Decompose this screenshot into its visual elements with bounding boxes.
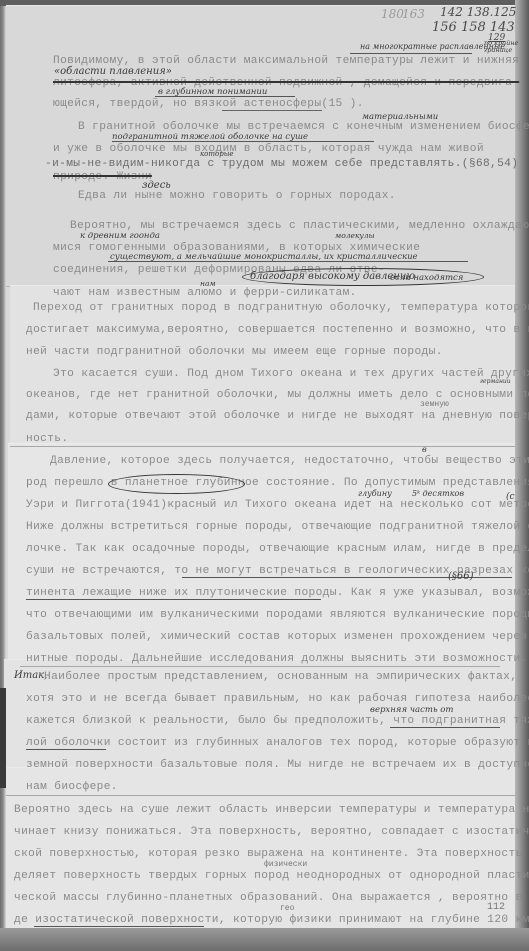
handwritten-underline: [350, 53, 472, 54]
typed-insertion: физически: [264, 860, 307, 869]
typed-insertion: земную: [420, 400, 449, 409]
handwritten-underline: [390, 727, 500, 728]
text-line: де изостатической поверхности, которую ф…: [14, 914, 529, 926]
text-line: Уэри и Пиггота(1941)красный ил Тихого ок…: [26, 499, 529, 511]
handwritten-underline: [108, 261, 468, 262]
handwritten-insertion: 5ᵏ десятков: [412, 489, 464, 498]
text-line: нитные породы. Дальнейшие исследования д…: [26, 653, 528, 665]
typed-underline: [222, 110, 322, 111]
strip-seam: [6, 795, 516, 796]
pencil-number: 180: [381, 7, 404, 21]
text-line: лочке. Так как осадочные породы, отвечаю…: [26, 543, 529, 555]
text-line: Наиболее простым представлением, основан…: [44, 671, 517, 683]
text-line: чают нам известным алюмо и ферри-силикат…: [53, 287, 357, 299]
text-line: -и-мы-не-видим-никогда с трудом мы можем…: [45, 158, 518, 170]
text-line: тинента лежащие ниже их плутонические по…: [26, 587, 529, 599]
text-line: Едва ли ныне можно говорить о горных пор…: [78, 190, 396, 202]
text-line: природе. Жизни: [53, 171, 152, 183]
page-number: 112: [487, 902, 505, 913]
text-line: нам биосфере.: [26, 781, 118, 793]
text-line: деляет поверхность твердых горных пород …: [14, 870, 529, 882]
strip-seam: [10, 446, 515, 447]
scan-left-shadow: [0, 688, 6, 788]
ink-number-row1: 142 138.125: [440, 5, 516, 19]
text-line: род перешло в планетное глубинное состоя…: [26, 477, 529, 489]
text-line: ческой массы глубинно-планетных образова…: [14, 892, 529, 904]
handwritten-insertion: верхняя часть от: [370, 705, 453, 715]
text-line: что отвечающими им вулканическими порода…: [26, 609, 529, 621]
strip-seam: [20, 666, 500, 667]
text-line: Ниже должны встретиться горные породы, о…: [26, 521, 529, 533]
text-line: Переход от гранитных пород в подгранитну…: [33, 302, 529, 314]
text-line: океанов, где нет гранитной оболочки, мы …: [26, 389, 529, 401]
handwritten-insertion: к древним гоонда: [80, 231, 160, 241]
typed-insertion: гео: [280, 904, 294, 913]
text-line: лой оболочки состоит из глубинных аналог…: [26, 737, 529, 749]
handwritten-underline: [112, 141, 374, 142]
struck-word: литосфера, активной действенной подвижно…: [53, 77, 519, 89]
margin-note: по крайне границе: [484, 40, 520, 54]
text-line: дами, которые отвечают этой оболочке и н…: [26, 410, 529, 422]
handwritten-insertion: «области плавления»: [54, 66, 172, 77]
text-line: Это касается суши. Под дном Тихого океан…: [53, 368, 529, 380]
handwritten-insertion: молекулы: [335, 231, 375, 240]
handwritten-insertion: которые: [200, 150, 234, 158]
text-line: ней части подгранитной оболочки мы имеем…: [26, 346, 443, 358]
text-line: кажется близкой к реальности, было бы пр…: [26, 715, 529, 727]
handwritten-insertion: (§66): [448, 571, 474, 582]
text-line: ность.: [26, 433, 68, 445]
handwritten-underline: [155, 96, 295, 97]
text-line: и уже в оболочке мы входим в область, ко…: [53, 143, 484, 155]
handwritten-circle: [108, 474, 245, 494]
handwritten-underline: [34, 926, 204, 927]
pencil-number: 163: [402, 7, 425, 21]
text-line: земной поверхности базальтовые поля. Мы …: [26, 759, 529, 771]
handwritten-underline: [26, 749, 106, 750]
struck-word: природе. Жизни: [53, 171, 152, 183]
text-line: базальтовых полей, химический состав кот…: [26, 631, 529, 643]
text-line: литосфера, активной действенной подвижно…: [53, 77, 519, 89]
handwritten-insertion: глубину: [358, 489, 392, 498]
text-line: ющейся, твердой, но вязкой астеносферы(1…: [53, 98, 364, 110]
handwritten-insertion: Итак,: [14, 670, 47, 681]
text-line: Вероятно здесь на суше лежит область инв…: [14, 804, 529, 816]
text-line: хотя это и не всегда бывает правильным, …: [26, 693, 529, 705]
handwritten-insertion: германии: [480, 378, 511, 385]
handwritten-insertion: в: [422, 445, 427, 454]
text-line: Давление, которое здесь получается, недо…: [50, 455, 529, 467]
handwritten-insertion: если находятся: [390, 273, 463, 283]
scan-bottom-edge: [0, 928, 529, 951]
text-line: достигает максимума,вероятно, совершаетс…: [26, 324, 529, 336]
text-line: чинает книзу понижаться. Эта поверхность…: [14, 826, 529, 838]
text-line: ской поверхностью, которая резко выражен…: [14, 848, 529, 860]
handwritten-underline: [26, 599, 321, 600]
